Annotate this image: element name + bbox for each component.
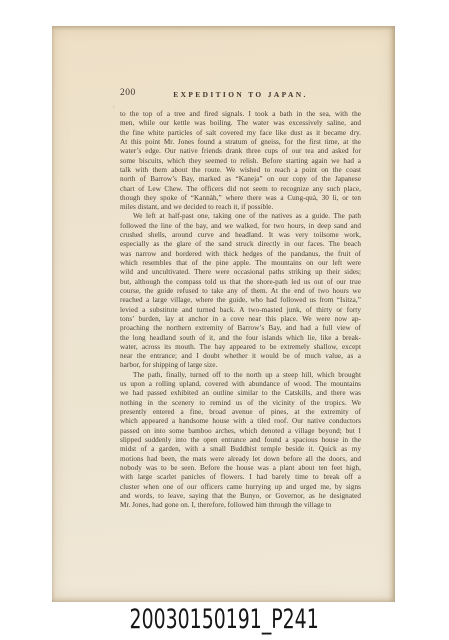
text-line: miles distant, and we decided to reach i… — [120, 203, 361, 212]
text-line: which resembles that of the pine apple. … — [120, 259, 361, 268]
running-title: EXPEDITION TO JAPAN. — [120, 90, 361, 99]
text-block: to the top of a tree and fired signals. … — [120, 110, 361, 510]
text-line: the long headland south of it, and the f… — [120, 334, 361, 343]
paragraph: The path, finally, turned off to the nor… — [120, 371, 361, 511]
archive-id-label: 20030150191_P241 — [130, 604, 319, 636]
text-line: to the top of a tree and fired signals. … — [120, 110, 361, 119]
text-line: We left at half-past one, taking one of … — [120, 212, 361, 221]
scanned-book-page: 200 EXPEDITION TO JAPAN. to the top of a… — [52, 26, 395, 602]
text-line: cluster when one of our officers came hu… — [120, 483, 361, 492]
text-line: us upon a rolling upland, covered with a… — [120, 380, 361, 389]
text-line: talk with them about the route. We wishe… — [120, 166, 361, 175]
text-line: nobody was to be seen. Before the house … — [120, 464, 361, 473]
text-line: At this point Mr. Jones found a stratum … — [120, 138, 361, 147]
text-line: midst of a garden, with a small Buddhist… — [120, 445, 361, 454]
paragraph: to the top of a tree and fired signals. … — [120, 110, 361, 212]
text-line: tons’ burden, lay at anchor in a cove ne… — [120, 315, 361, 324]
text-line: Mr. Jones, had gone on. I, therefore, fo… — [120, 501, 361, 510]
text-line: near the entrance; and I doubt whether i… — [120, 352, 361, 361]
text-line: some biscuits, which they seemed to reli… — [120, 157, 361, 166]
text-line: The path, finally, turned off to the nor… — [120, 371, 361, 380]
text-line: which appeared a handsome house with a t… — [120, 417, 361, 426]
text-line: though they spoke of “Kannàh,” where the… — [120, 194, 361, 203]
text-line: presently entered a fine, broad avenue o… — [120, 408, 361, 417]
text-line: but, although the compass told us that t… — [120, 278, 361, 287]
page-header: 200 EXPEDITION TO JAPAN. — [120, 88, 361, 100]
paragraph: We left at half-past one, taking one of … — [120, 212, 361, 370]
text-line: the fine white particles of salt covered… — [120, 129, 361, 138]
text-line: nothing in the scenery to remind us of t… — [120, 399, 361, 408]
text-line: slipped suddenly into the open entrance … — [120, 436, 361, 445]
text-line: we had passed exhibited an outline simil… — [120, 389, 361, 398]
text-line: passed on into some bamboo arches, which… — [120, 427, 361, 436]
text-line: harbor, for shipping of large size. — [120, 361, 361, 370]
archive-photo: 200 EXPEDITION TO JAPAN. to the top of a… — [0, 0, 449, 640]
text-line: water, across its mouth. The bay appeare… — [120, 343, 361, 352]
text-line: reached a large village, where the guide… — [120, 296, 361, 305]
text-line: especially as the glare of the sand stru… — [120, 240, 361, 249]
text-line: with large scarlet panicles of flowers. … — [120, 473, 361, 482]
text-line: course, the guide refused to take any of… — [120, 287, 361, 296]
text-line: was narrow and bordered with thick hedge… — [120, 250, 361, 259]
text-line: followed the line of the bay, and we wal… — [120, 222, 361, 231]
caption-bar: 20030150191_P241 — [0, 604, 449, 636]
text-line: men, while our kettle was boiling. The w… — [120, 119, 361, 128]
text-line: and words, to leave, saying that the Bun… — [120, 492, 361, 501]
text-line: wild and uncultivated. There were occasi… — [120, 268, 361, 277]
text-line: water’s edge. Our native friends drank t… — [120, 147, 361, 156]
text-line: proaching the northern extremity of Barr… — [120, 324, 361, 333]
text-line: north of Barrow’s Bay, marked as “Kaneja… — [120, 175, 361, 184]
text-line: chart of Lew Chew. The officers did not … — [120, 185, 361, 194]
text-line: motions had been, the mats were already … — [120, 455, 361, 464]
text-line: levied a substitute and turned back. A t… — [120, 306, 361, 315]
text-line: crushed shells, around curve and headlan… — [120, 231, 361, 240]
